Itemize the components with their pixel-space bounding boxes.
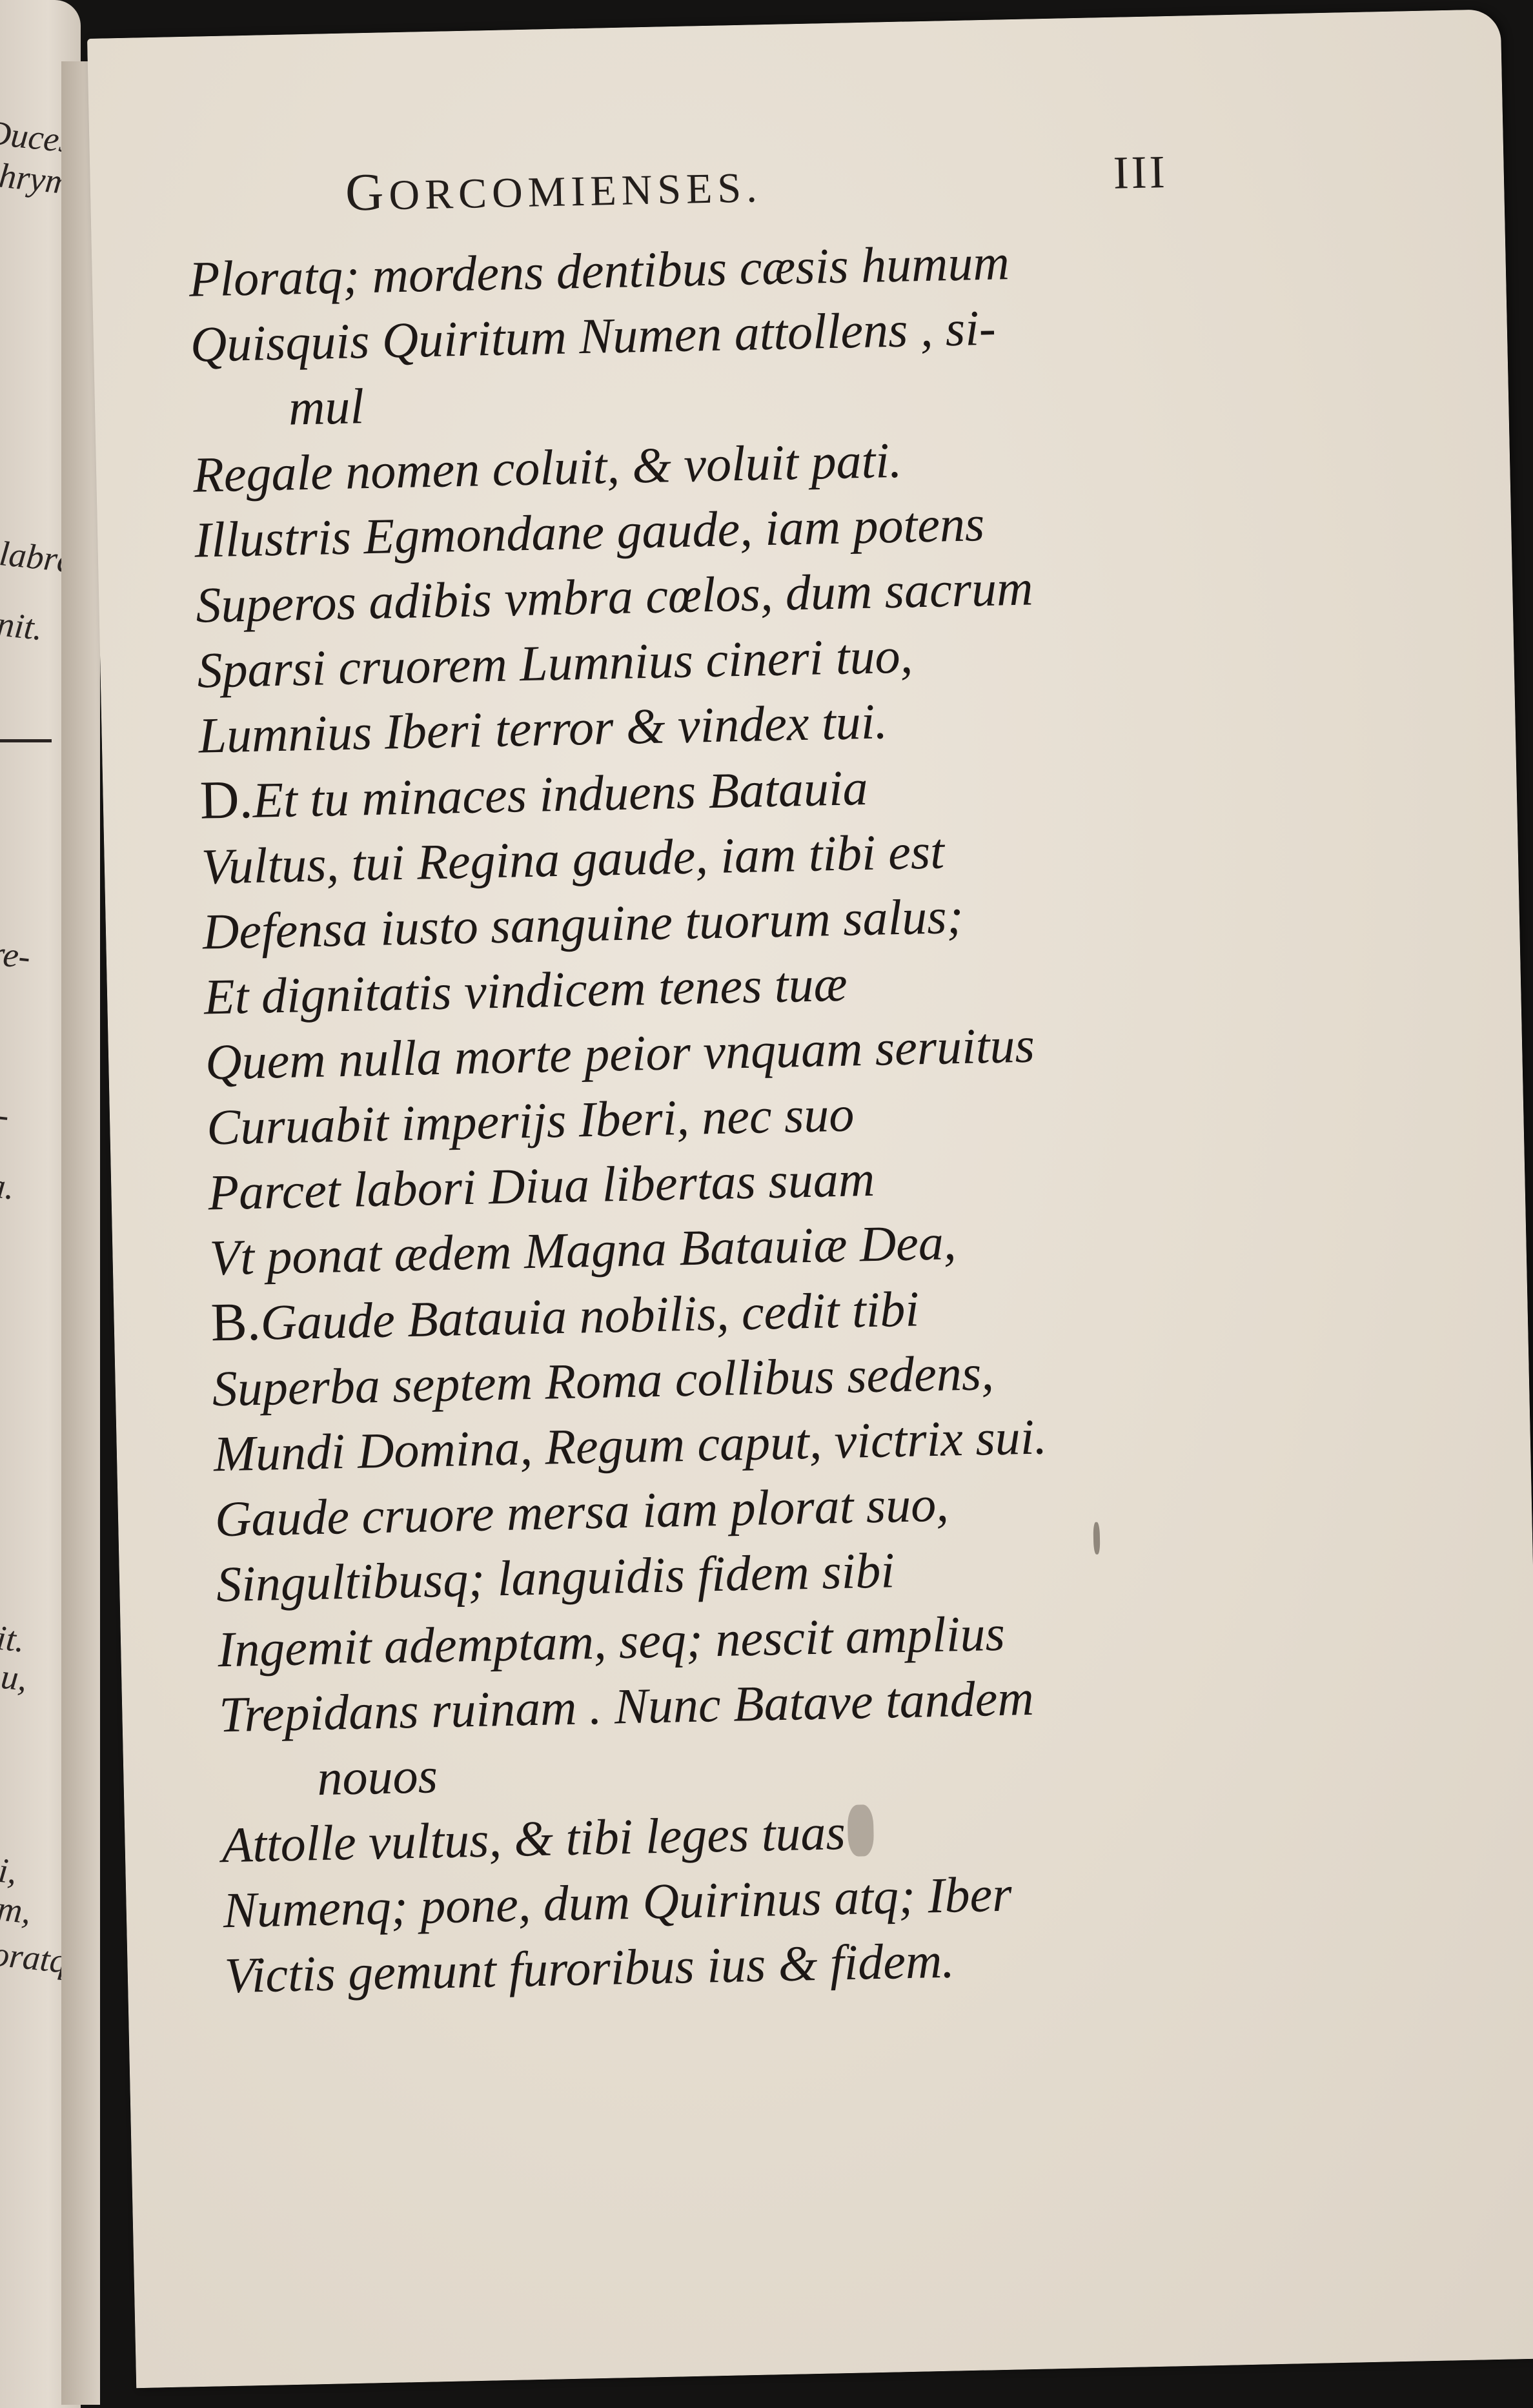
- verse-text: nouos: [317, 1747, 438, 1806]
- verse-text: Illustris Egmondane gaude, iam potens: [194, 495, 985, 568]
- verse-text: Regale nomen coluit, & voluit pati.: [192, 432, 902, 503]
- left-page-rule: [0, 739, 52, 742]
- verse-text: Attolle vultus, & tibi leges tuas: [221, 1804, 846, 1873]
- verse-text: Parcet labori Diua libertas suam: [208, 1150, 875, 1221]
- verse-text: mul: [288, 378, 365, 435]
- verse-text: Gaude Batauia nobilis, cedit tibi: [260, 1280, 920, 1350]
- paper-mark: [1093, 1522, 1100, 1555]
- left-page-fragment: anu,: [0, 1653, 29, 1699]
- left-page-fragment: edit.: [0, 1614, 26, 1660]
- left-page-fragment: ugi,: [0, 1846, 19, 1892]
- speaker-initial: B.: [210, 1292, 261, 1353]
- left-page-fragment: venit.: [0, 600, 45, 648]
- verse-text: Vt ponat ædem Magna Batauiæ Dea,: [209, 1214, 957, 1285]
- left-page-fragment: ,Bre-: [0, 930, 32, 977]
- verse-text: Gaude cruore mersa iam plorat suo,: [214, 1476, 949, 1547]
- speaker-initial: D.: [199, 770, 254, 831]
- left-page-fragment: Fi-: [0, 1091, 11, 1136]
- left-page-fragment: rum,: [0, 1885, 33, 1932]
- book-gutter: [61, 61, 100, 2405]
- right-page: GORCOMIENSES. III Ploratq; mordens denti…: [87, 9, 1533, 2388]
- verse-text: Trepidans ruinam . Nunc Batave tandem: [218, 1669, 1034, 1742]
- verse-text: Lumnius Iberi terror & vindex tui.: [198, 693, 888, 763]
- verse-text: Numenq; pone, dum Quirinus atq; Iber: [223, 1866, 1012, 1939]
- verse-text: Ingemit ademptam, seq; nescit amplius: [217, 1605, 1005, 1678]
- left-page-fragment: ata.: [0, 1162, 16, 1207]
- ink-stain: [848, 1804, 875, 1857]
- verse-text: Vultus, tui Regina gaude, iam tibi est: [201, 822, 945, 894]
- running-head: GORCOMIENSES.: [345, 154, 762, 223]
- verse-text: Superba septem Roma collibus sedens,: [212, 1344, 995, 1416]
- verse-text: Superos adibis vmbra cœlos, dum sacrum: [195, 560, 1033, 633]
- verse-text: Quem nulla morte peior vnquam seruitus: [205, 1017, 1035, 1090]
- verse-text: Victis gemunt furoribus ius & fidem.: [224, 1932, 955, 2004]
- verse-text: Sparsi cruorem Lumnius cineri tuo,: [197, 627, 913, 698]
- running-head-initial: G: [345, 162, 389, 221]
- verse-text: Singultibusq; languidis fidem sibi: [216, 1542, 895, 1612]
- verse-text: Et dignitatis vindicem tenes tuæ: [203, 955, 848, 1025]
- verse-text: Mundi Domina, Regum caput, victrix sui.: [213, 1408, 1048, 1482]
- verse-text: Curuabit imperijs Iberi, nec suo: [206, 1085, 855, 1155]
- verse-text: Quisquis Quiritum Numen attollens , si-: [190, 300, 997, 372]
- verse-text: Ploratq; mordens dentibus cæsis humum: [188, 234, 1010, 307]
- page-number: III: [1113, 145, 1168, 200]
- verse-block: Ploratq; mordens dentibus cæsis humumQui…: [188, 222, 1387, 2008]
- running-head-rest: ORCOMIENSES.: [389, 164, 763, 219]
- verse-text: Et tu minaces induens Batauia: [252, 759, 869, 828]
- verse-text: Defensa iusto sanguine tuorum salus;: [202, 888, 964, 960]
